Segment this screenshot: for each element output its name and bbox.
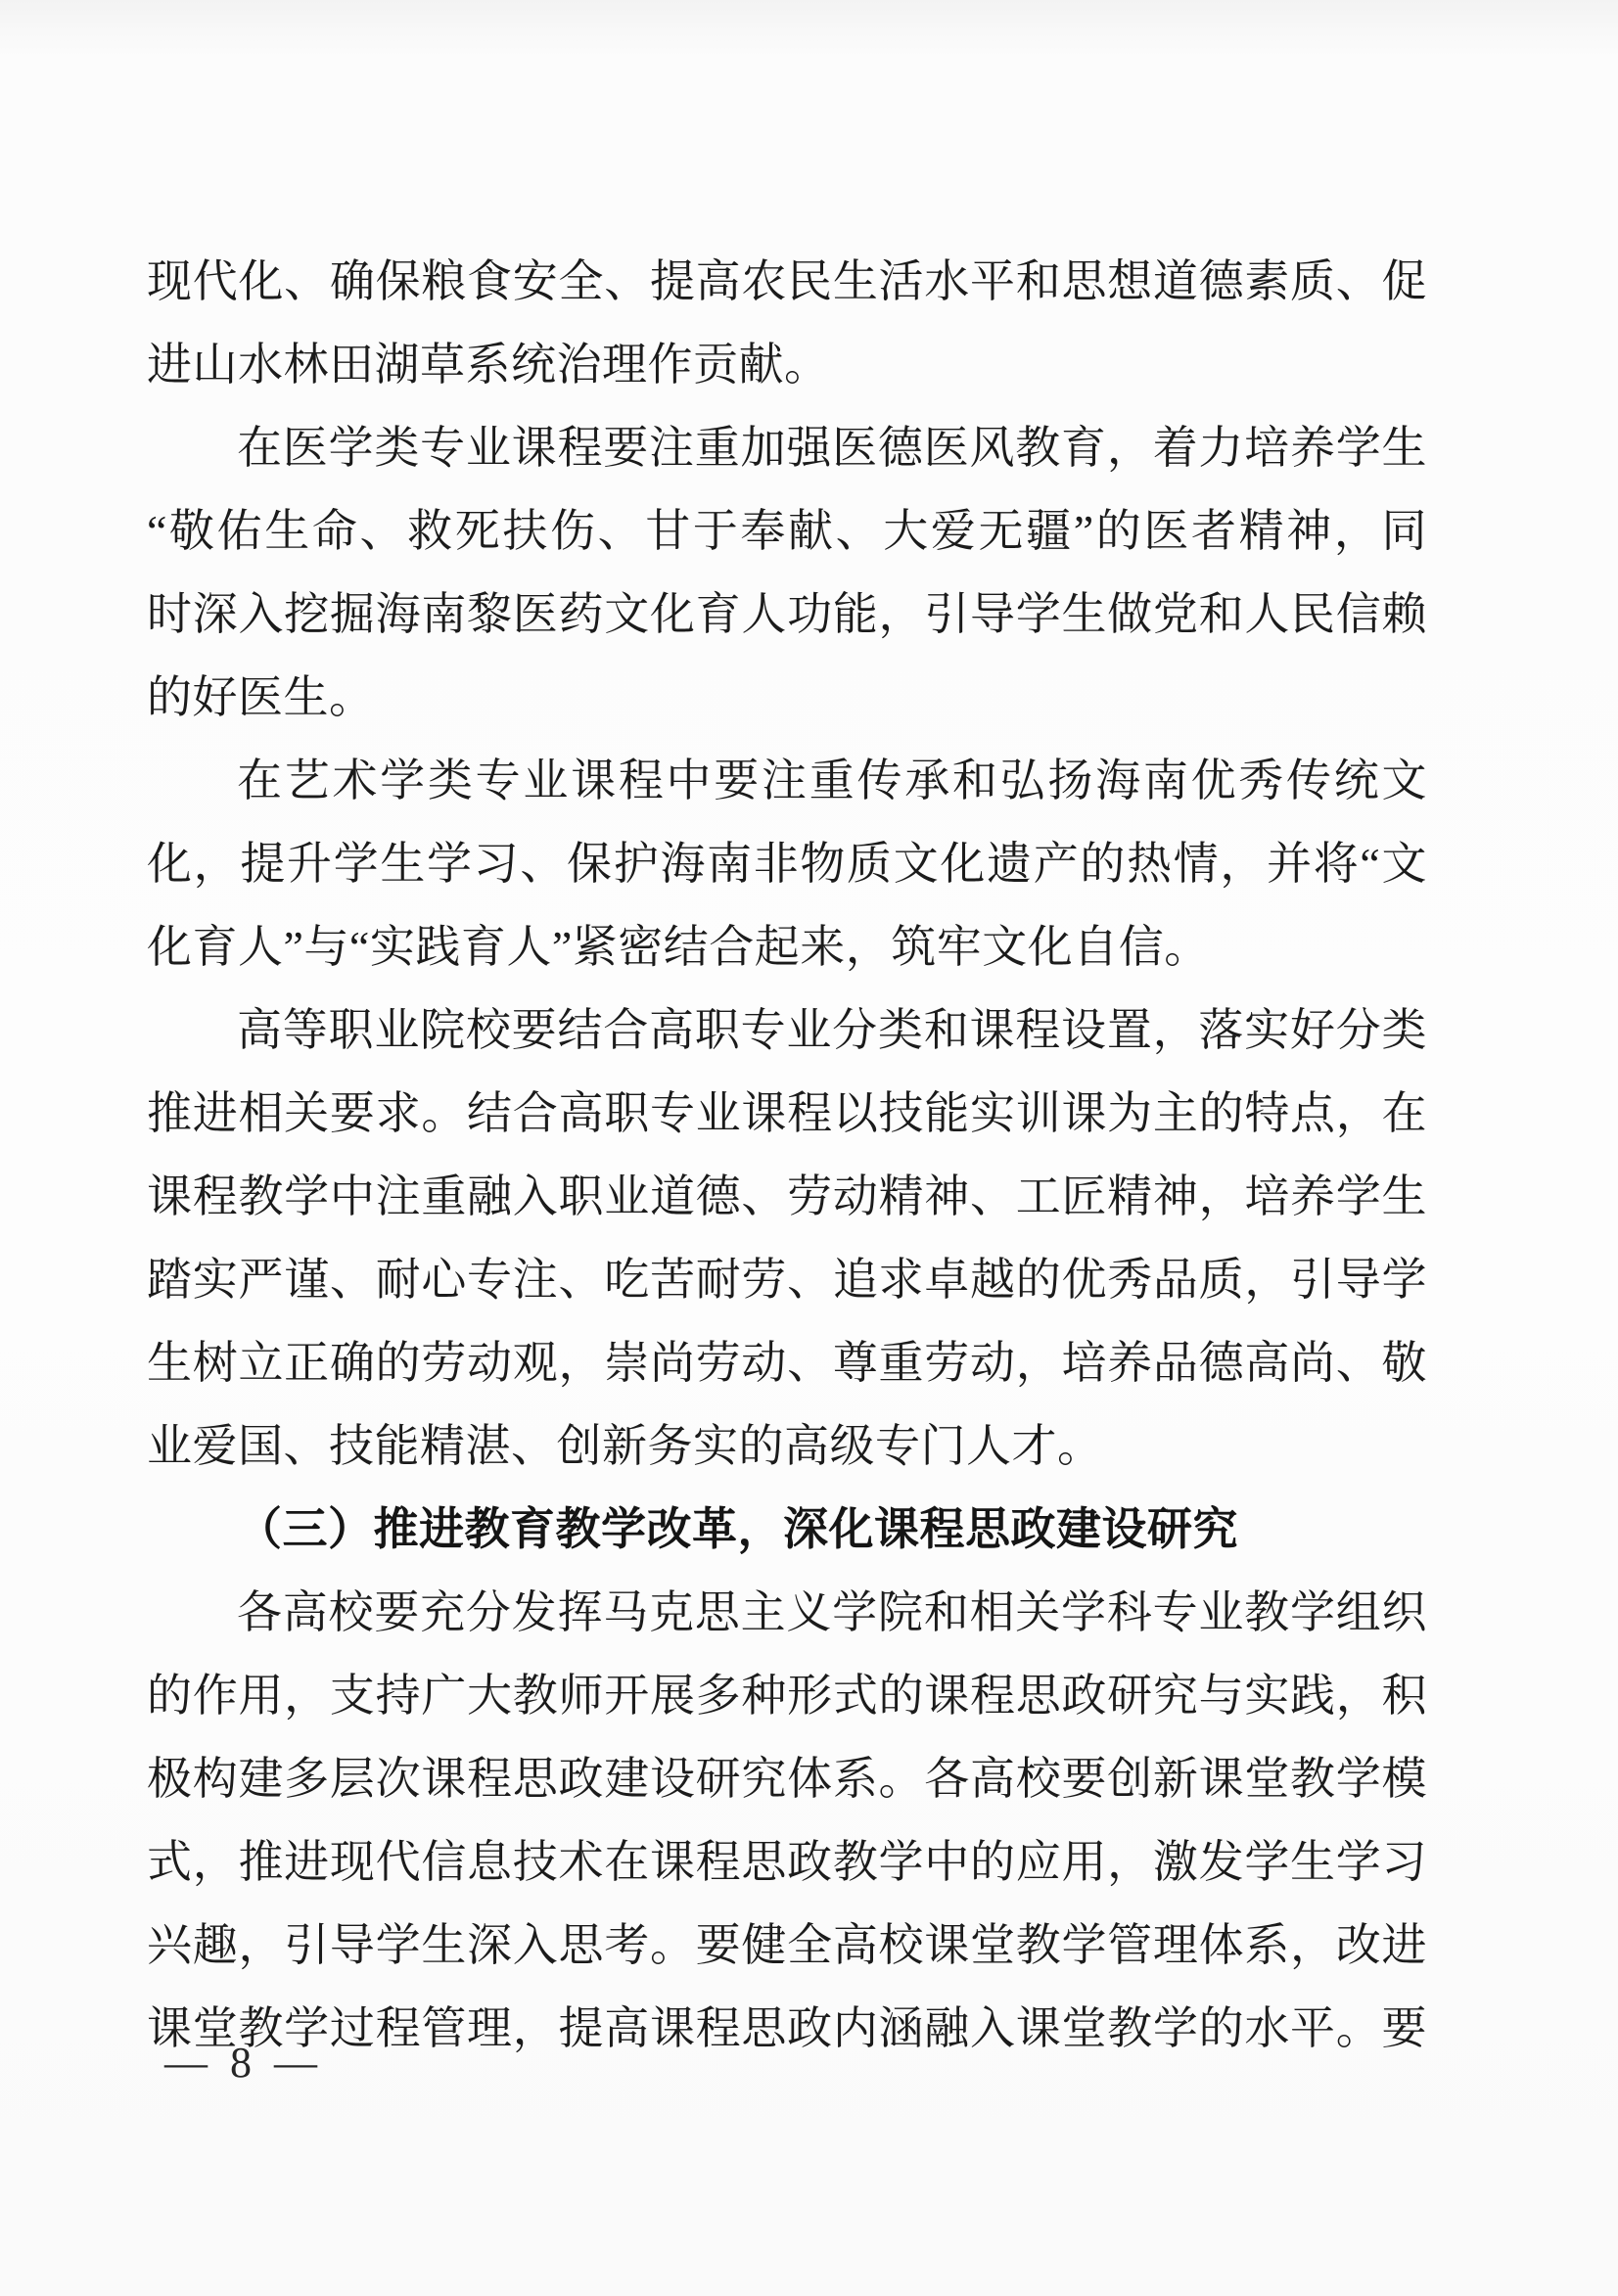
text-line: 生树立正确的劳动观，崇尚劳动、尊重劳动，培养品德高尚、敬 — [147, 1321, 1427, 1404]
text-line: 在艺术学类专业课程中要注重传承和弘扬海南优秀传统文 — [147, 739, 1427, 822]
text-line: 推进相关要求。结合高职专业课程以技能实训课为主的特点，在 — [147, 1072, 1427, 1155]
text-line: 的好医生。 — [147, 656, 1427, 739]
text-line: （三）推进教育教学改革，深化课程思政建设研究 — [147, 1488, 1427, 1571]
document-body: 现代化、确保粮食安全、提高农民生活水平和思想道德素质、促进山水林田湖草系统治理作… — [147, 240, 1427, 2070]
document-page: 现代化、确保粮食安全、提高农民生活水平和思想道德素质、促进山水林田湖草系统治理作… — [0, 0, 1618, 2296]
text-line: 现代化、确保粮食安全、提高农民生活水平和思想道德素质、促 — [147, 240, 1427, 323]
text-line: 在医学类专业课程要注重加强医德医风教育，着力培养学生 — [147, 406, 1427, 489]
text-line: 式，推进现代信息技术在课程思政教学中的应用，激发学生学习 — [147, 1820, 1427, 1904]
text-line: 时深入挖掘海南黎医药文化育人功能，引导学生做党和人民信赖 — [147, 573, 1427, 656]
text-line: 各高校要充分发挥马克思主义学院和相关学科专业教学组织 — [147, 1571, 1427, 1654]
text-line: 的作用，支持广大教师开展多种形式的课程思政研究与实践，积 — [147, 1654, 1427, 1737]
text-line: 踏实严谨、耐心专注、吃苦耐劳、追求卓越的优秀品质，引导学 — [147, 1238, 1427, 1321]
text-line: 课程教学中注重融入职业道德、劳动精神、工匠精神，培养学生 — [147, 1155, 1427, 1238]
text-line: 极构建多层次课程思政建设研究体系。各高校要创新课堂教学模 — [147, 1737, 1427, 1820]
text-line: “敬佑生命、救死扶伤、甘于奉献、大爱无疆”的医者精神，同 — [147, 489, 1427, 573]
text-line: 高等职业院校要结合高职专业分类和课程设置，落实好分类 — [147, 988, 1427, 1072]
page-number: — 8 — — [164, 2034, 323, 2092]
text-line: 课堂教学过程管理，提高课程思政内涵融入课堂教学的水平。要 — [147, 1987, 1427, 2070]
text-line: 进山水林田湖草系统治理作贡献。 — [147, 323, 1427, 406]
text-line: 业爱国、技能精湛、创新务实的高级专门人才。 — [147, 1404, 1427, 1488]
text-line: 兴趣，引导学生深入思考。要健全高校课堂教学管理体系，改进 — [147, 1904, 1427, 1987]
text-line: 化，提升学生学习、保护海南非物质文化遗产的热情，并将“文 — [147, 822, 1427, 905]
text-line: 化育人”与“实践育人”紧密结合起来，筑牢文化自信。 — [147, 905, 1427, 988]
